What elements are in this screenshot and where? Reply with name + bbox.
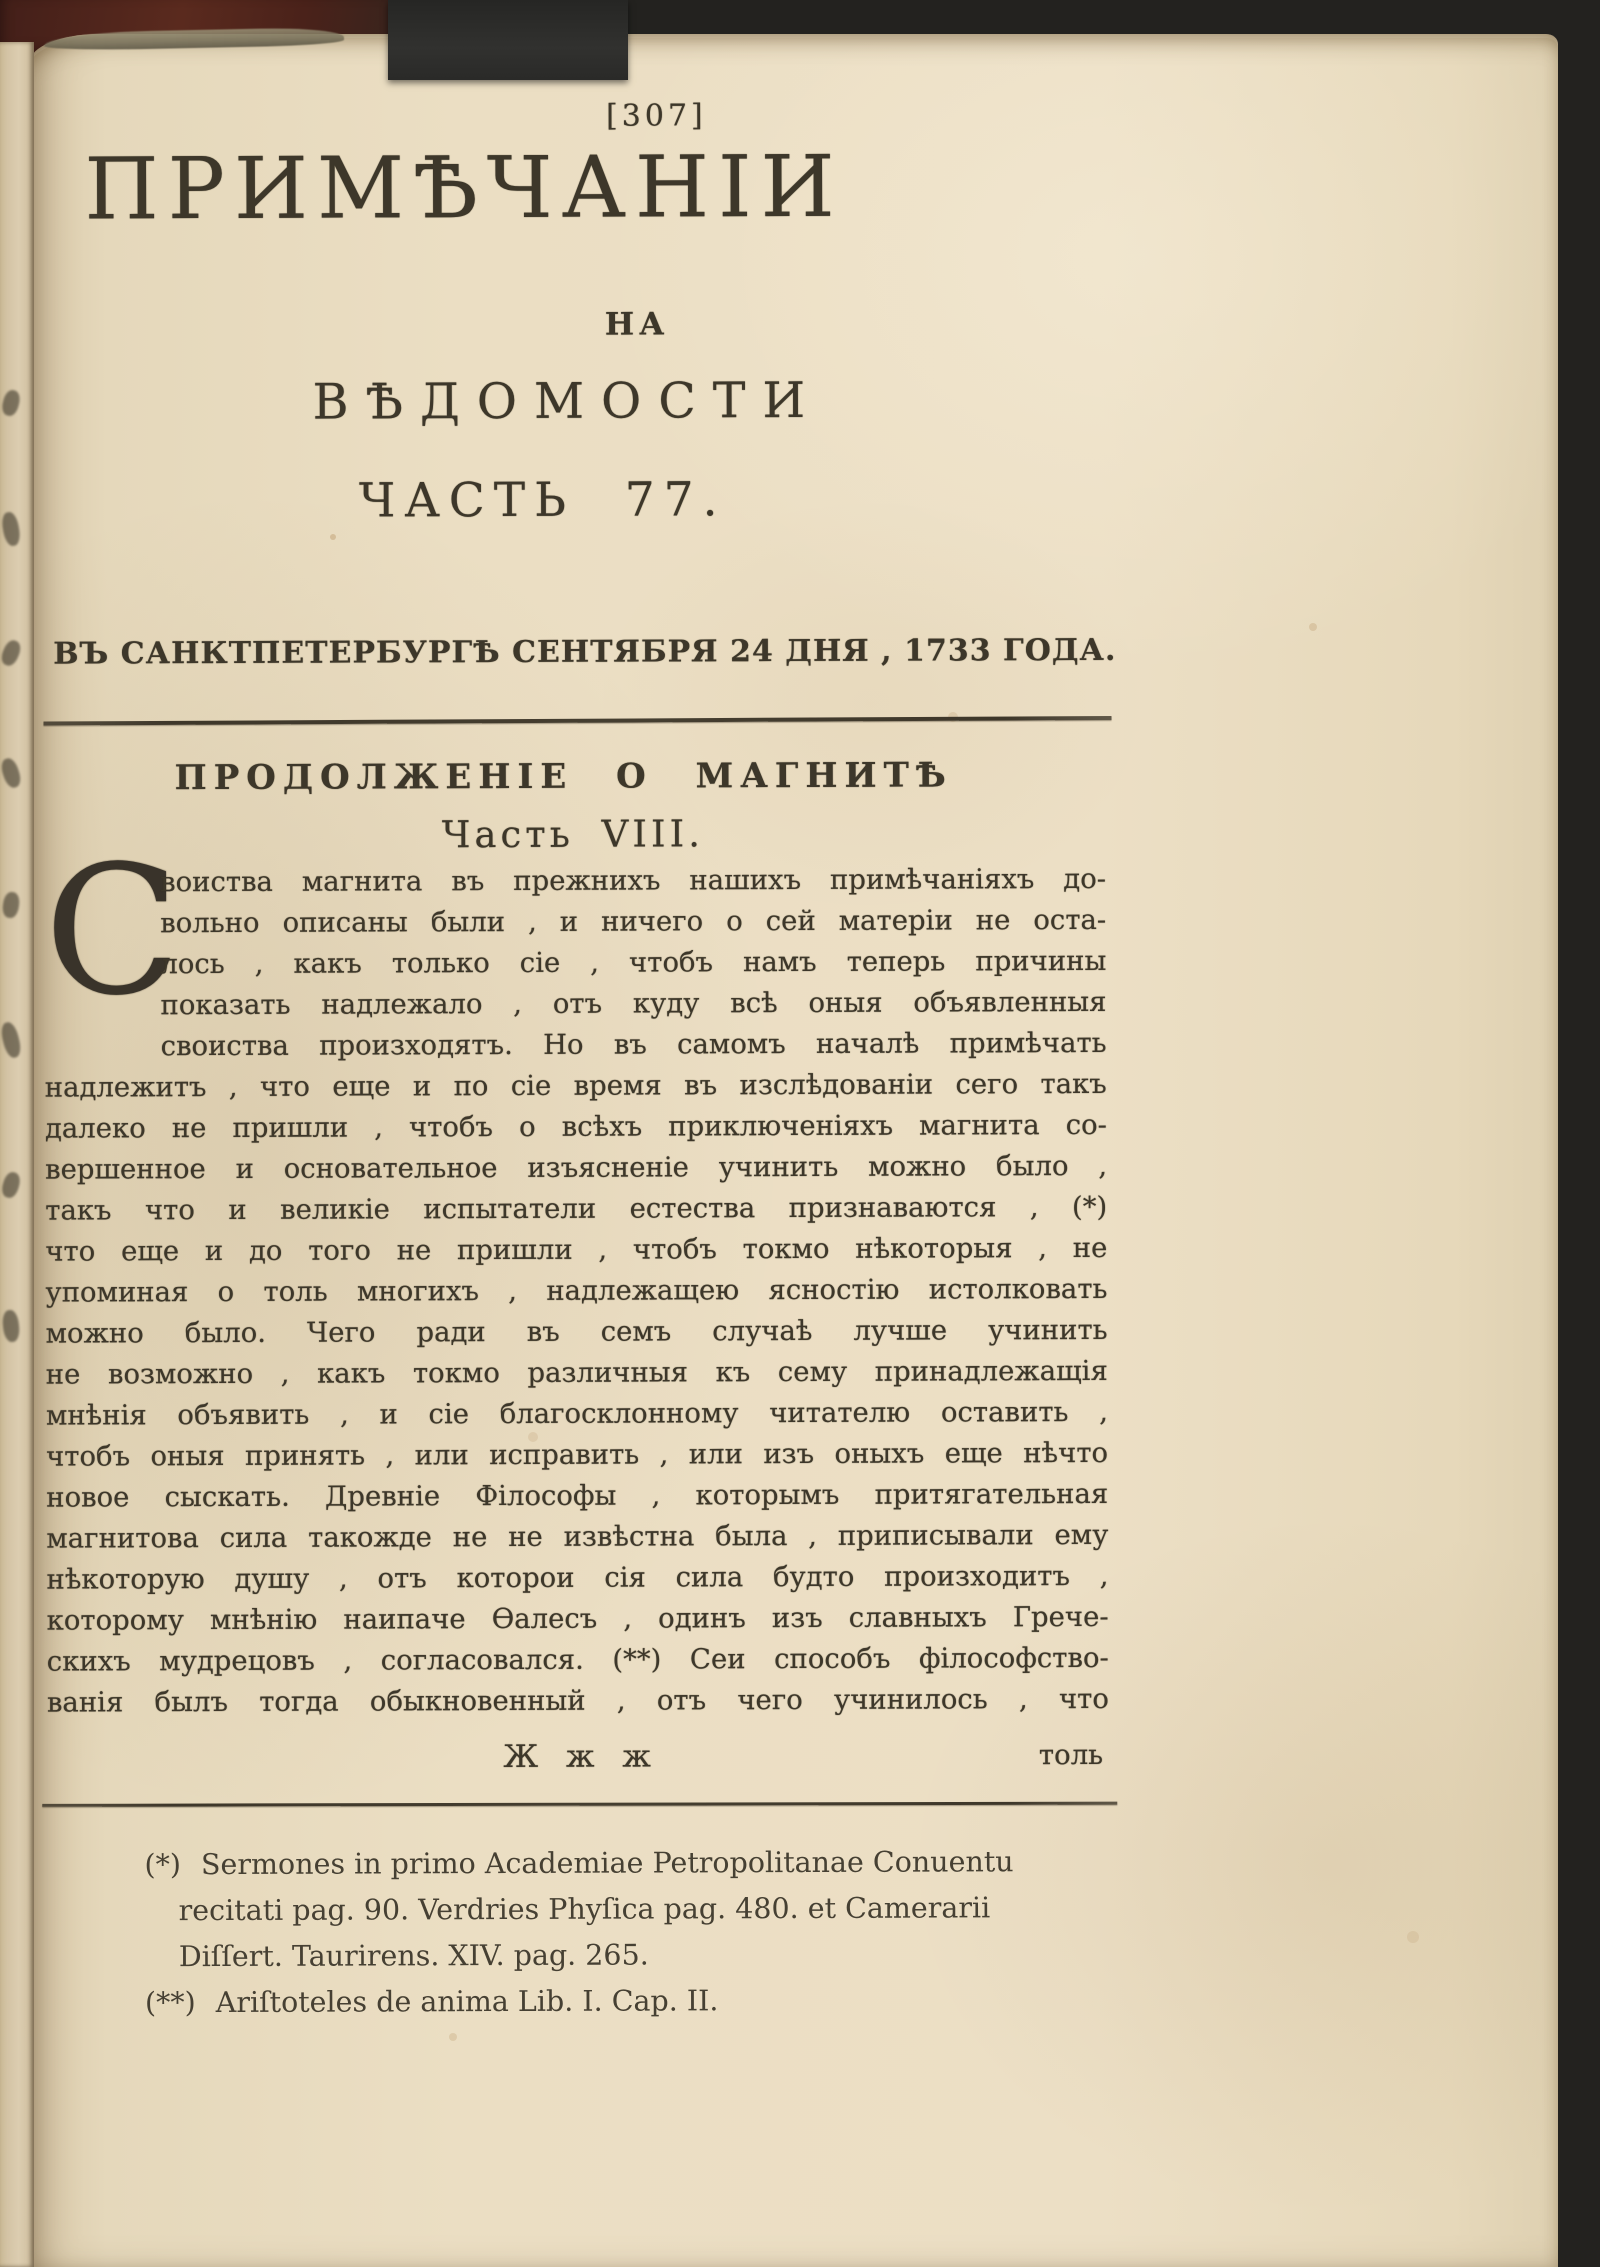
article-subheading: Часть VIII. [44, 811, 1102, 858]
body-line: мнѣнiя объявить , и сiе благосклонному ч… [46, 1392, 1108, 1437]
body-line: далеко не пришли , чтобъ о всѣхъ приключ… [45, 1105, 1107, 1150]
masthead-preposition: НА [237, 305, 1037, 344]
bleed-through-mark [0, 756, 23, 789]
signature-line: Ж ж ж толь [47, 1735, 1109, 1780]
body-line: надлежитъ , что еще и по сiе время въ из… [45, 1064, 1107, 1109]
body-line: скихъ мудрецовъ , согласовался. (**) Сеи… [47, 1638, 1109, 1683]
body-line: новое сыскать. Древнiе Фiлософы , которы… [46, 1474, 1108, 1519]
footnote-line: Diſſert. Taurirens. XIV. pag. 265. [145, 1931, 1105, 1980]
body-line: которому мнѣнiю наипаче Ѳалесъ , одинъ и… [47, 1597, 1109, 1642]
masthead-title: ПРИМѢЧАНIИ [41, 138, 886, 240]
bleed-through-mark [1, 891, 20, 919]
body-line: вольно описаны были , и ничего о сей мат… [44, 900, 1106, 945]
bleed-through-mark [1, 1309, 20, 1342]
article-heading: ПРОДОЛЖЕНIЕ О МАГНИТѢ [44, 755, 1084, 799]
footnote-marker: (**) [145, 1980, 196, 2026]
catchword: толь [1039, 1735, 1103, 1776]
signature-mark: Ж ж ж [47, 1735, 1109, 1780]
body-line: лось , какъ только сiе , чтобъ намъ тепе… [44, 941, 1106, 986]
body-line: ванiя былъ тогда обыкновенный , отъ чего… [47, 1679, 1109, 1724]
footnote-text: Ariſtoteles de anima Lib. I. Cap. II. [216, 1984, 719, 2019]
page-content: [307] ПРИМѢЧАНIИ НА ВѢДОМОСТИ ЧАСТЬ 77. … [26, 31, 1562, 2267]
footnote-marker: (*) [144, 1842, 181, 1888]
scanned-book-photo: [307] ПРИМѢЧАНIИ НА ВѢДОМОСТИ ЧАСТЬ 77. … [0, 0, 1600, 2267]
body-line: магнитова сила такожде не не извѣстна бы… [46, 1515, 1108, 1560]
body-line: упоминая о толь многихъ , надлежащею ясн… [45, 1269, 1107, 1314]
footnote-divider-rule [42, 1802, 1117, 1807]
bleed-through-mark [0, 638, 23, 668]
body-line: своиства произходятъ. Но въ самомъ начал… [45, 1023, 1107, 1068]
masthead-part: ЧАСТЬ 77. [43, 471, 1043, 529]
drop-cap: С [44, 862, 161, 1028]
bleed-through-mark [0, 388, 22, 417]
body-line: вершенное и основательное изъясненiе учи… [45, 1146, 1107, 1191]
bleed-through-mark [0, 1021, 23, 1060]
footnote-line: (*)Sermones in primo Academiae Petropoli… [144, 1839, 1104, 1888]
body-line: показать надлежало , отъ куду всѣ оныя о… [44, 982, 1106, 1027]
bleed-through-mark [0, 511, 22, 547]
masthead-publication: ВѢДОМОСТИ [67, 371, 1067, 431]
page-number: [307] [156, 97, 1156, 135]
body-line: нѣкоторую душу , отъ которои сiя сила бу… [46, 1556, 1108, 1601]
body-line: не возможно , какъ токмо различныя къ се… [46, 1351, 1108, 1396]
body-line: что еще и до того не пришли , чтобъ токм… [45, 1228, 1107, 1273]
article-body: С воиства магнита въ прежнихъ нашихъ при… [44, 859, 1109, 1724]
footnote-line: recitati pag. 90. Verdries Phyſica pag. … [145, 1885, 1105, 1934]
footnotes: (*)Sermones in primo Academiae Petropoli… [144, 1839, 1105, 2026]
body-line: можно было. Чего ради въ семъ случаѣ луч… [46, 1310, 1108, 1355]
body-line: чтобъ оныя принять , или исправить , или… [46, 1433, 1108, 1478]
masthead-divider-rule [43, 716, 1111, 726]
scanner-clamp [388, 0, 628, 80]
footnote-line: (**)Ariſtoteles de anima Lib. I. Cap. II… [145, 1977, 1105, 2026]
previous-page-edge [0, 42, 34, 2267]
masthead-dateline: ВЪ САНКТПЕТЕРБУРГѢ СЕНТЯБРЯ 24 ДНЯ , 173… [53, 633, 1123, 672]
bleed-through-mark [0, 1170, 22, 1199]
footnote-text: Sermones in primo Academiae Petropolitan… [201, 1845, 1014, 1881]
book-page: [307] ПРИМѢЧАНIИ НА ВѢДОМОСТИ ЧАСТЬ 77. … [30, 34, 1558, 2267]
body-line: воиства магнита въ прежнихъ нашихъ примѣ… [44, 859, 1106, 904]
body-line: такъ что и великiе испытатели естества п… [45, 1187, 1107, 1232]
